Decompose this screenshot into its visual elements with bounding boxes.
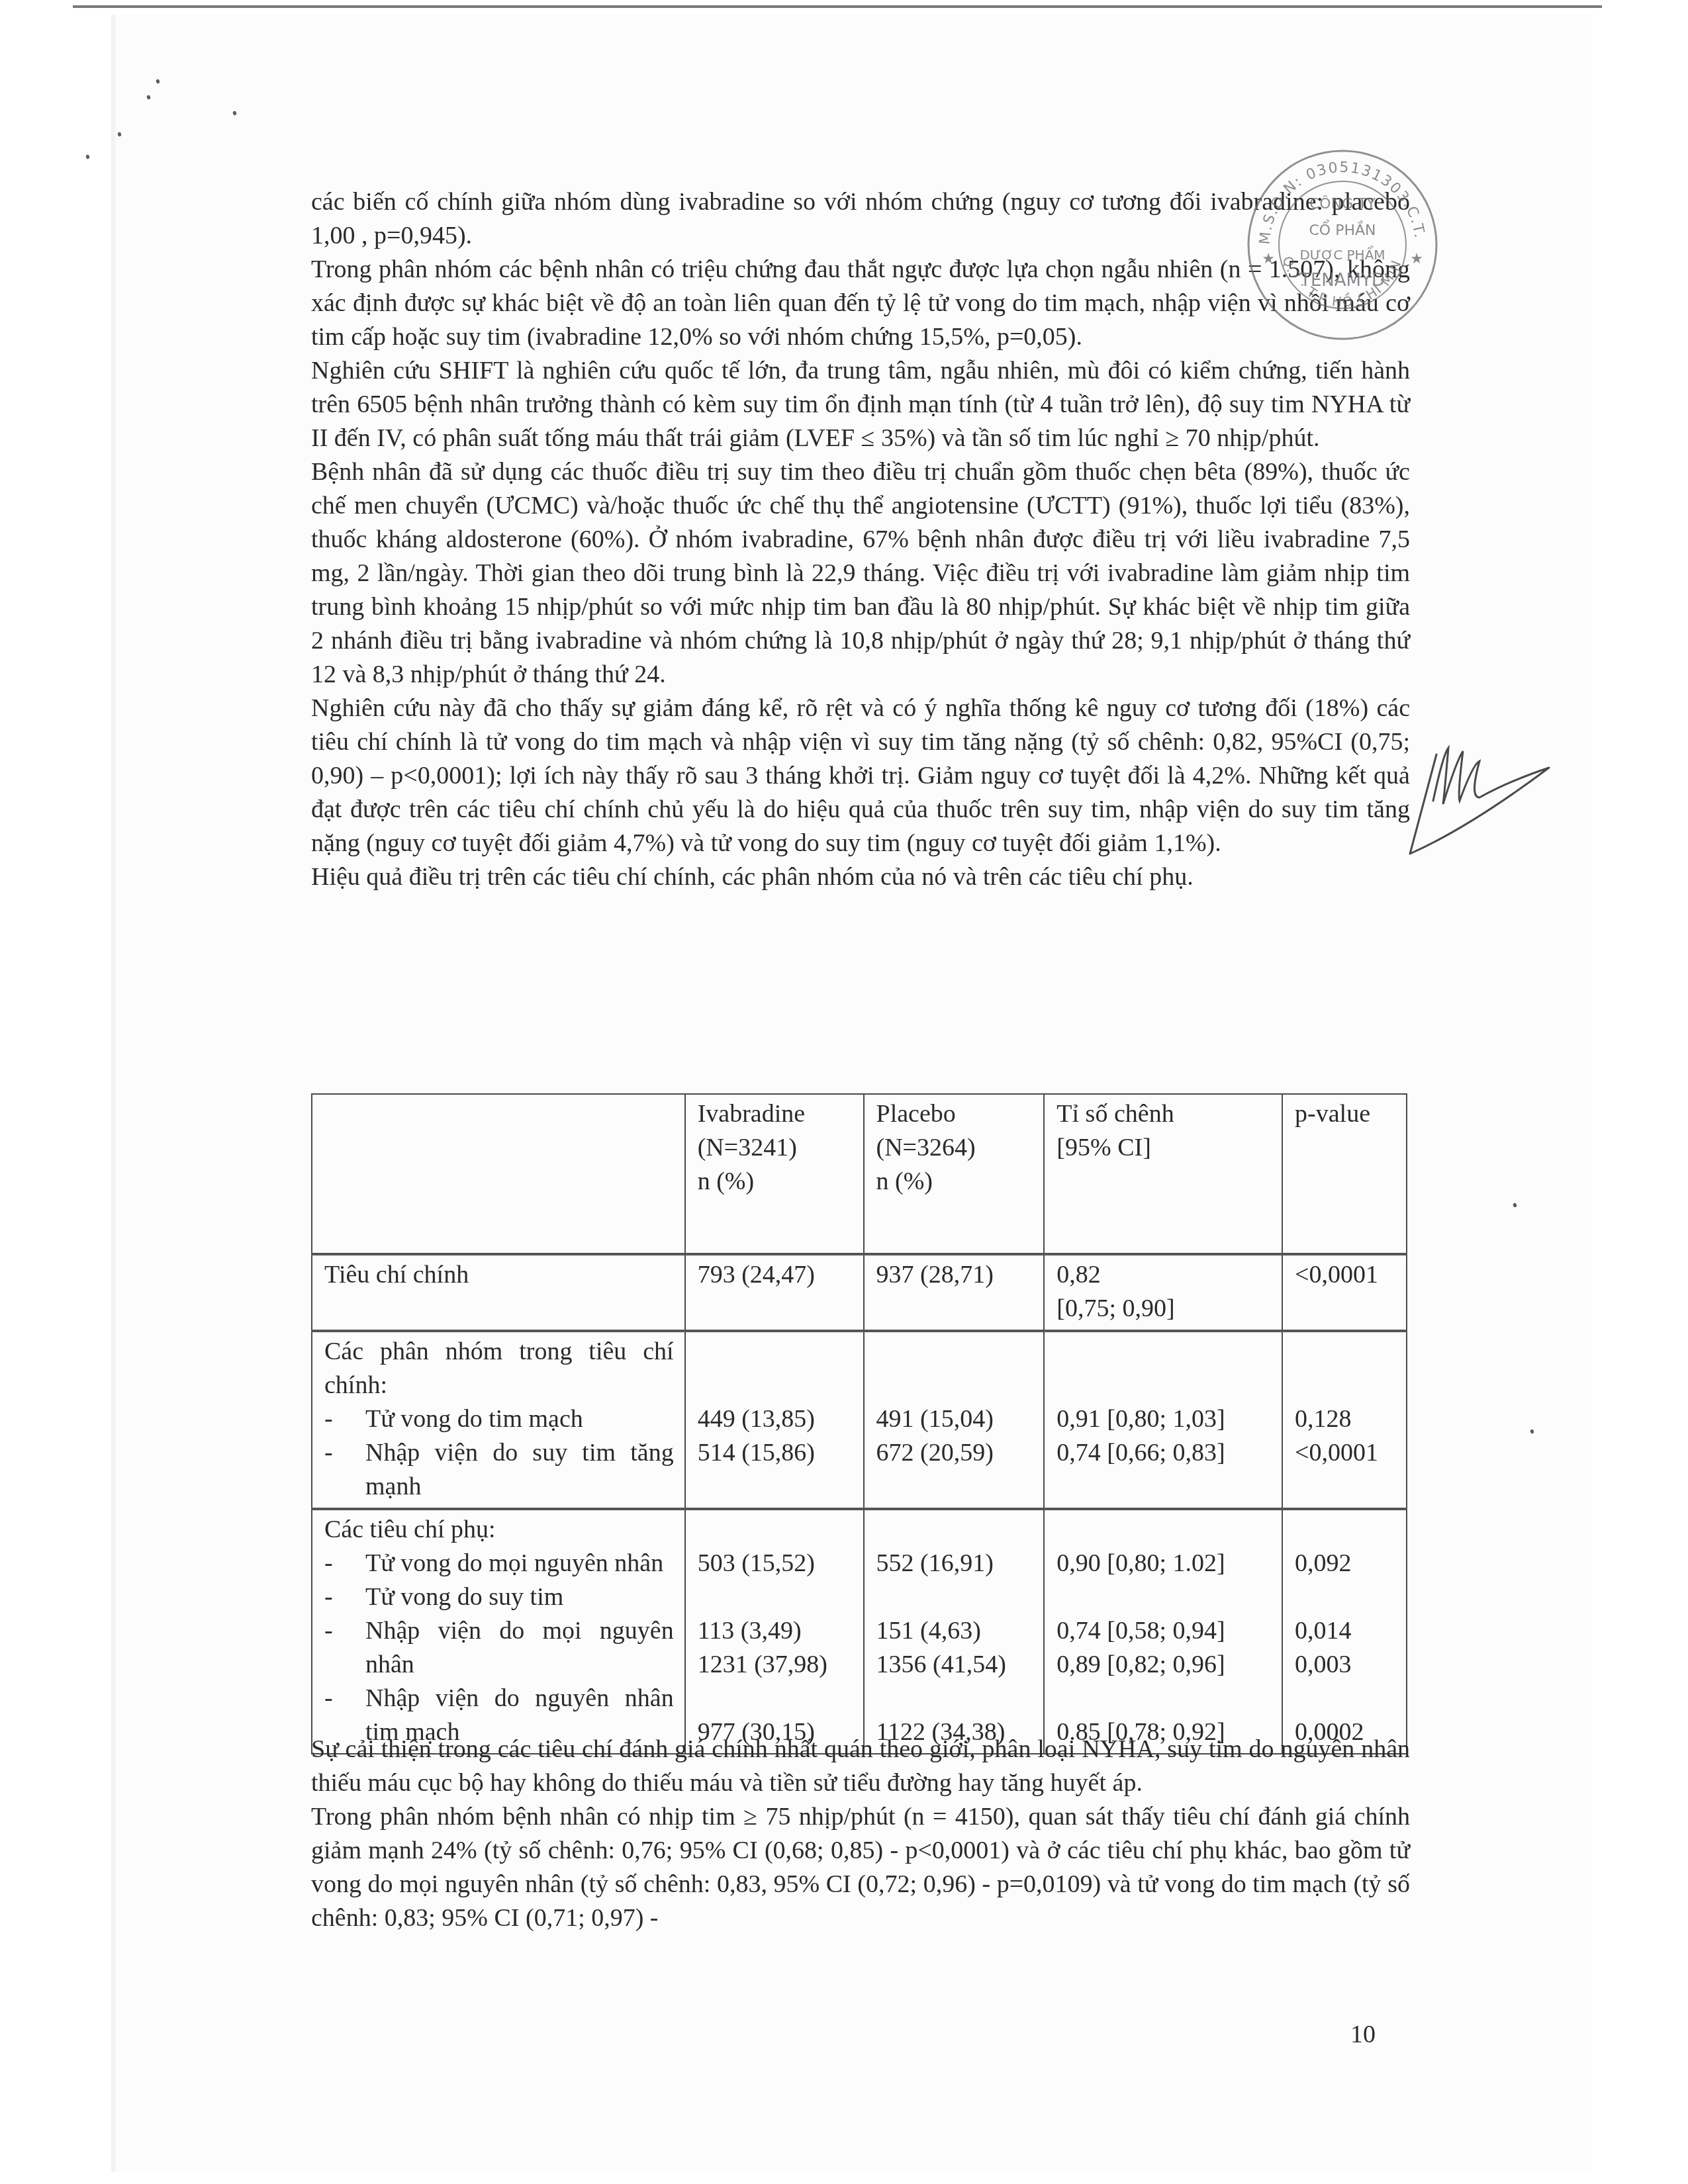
header-ivabradine: Ivabradine (N=3241) n (%) [685, 1094, 864, 1254]
paragraph: Nghiên cứu SHIFT là nghiên cứu quốc tế l… [311, 354, 1410, 455]
paragraph: Sự cải thiện trong các tiêu chí đánh giá… [311, 1733, 1410, 1800]
results-table: Ivabradine (N=3241) n (%) Placebo (N=326… [311, 1093, 1407, 1754]
scan-speck [85, 154, 90, 159]
list-item: - Tử vong do mọi nguyên nhân [324, 1547, 674, 1580]
subgroups-ratio: 0,91 [0,80; 1,03] 0,74 [0,66; 0,83] [1044, 1331, 1282, 1509]
paragraph: Trong phân nhóm các bệnh nhân có triệu c… [311, 253, 1410, 354]
table-row-primary: Tiêu chí chính 793 (24,47) 937 (28,71) 0… [312, 1254, 1407, 1331]
secondary-ratio: 0,90 [0,80; 1.02] 0,74 [0,58; 0,94] 0,89… [1044, 1509, 1282, 1754]
secondary-placebo: 552 (16,91) 151 (4,63) 1356 (41,54) 1122… [864, 1509, 1045, 1754]
paragraph: Nghiên cứu này đã cho thấy sự giảm đáng … [311, 692, 1410, 860]
paragraph: các biến cố chính giữa nhóm dùng ivabrad… [311, 185, 1410, 253]
header-empty-cell [312, 1094, 685, 1254]
paragraph: Trong phân nhóm bệnh nhân có nhịp tim ≥ … [311, 1800, 1410, 1935]
primary-ivabradine: 793 (24,47) [685, 1254, 864, 1331]
scan-top-edge [73, 5, 1602, 8]
secondary-ivabradine: 503 (15,52) 113 (3,49) 1231 (37,98) 977 … [685, 1509, 864, 1754]
table-header-row: Ivabradine (N=3241) n (%) Placebo (N=326… [312, 1094, 1407, 1254]
list-item: - Nhập viện do mọi nguyên nhân [324, 1614, 674, 1682]
secondary-label-cell: Các tiêu chí phụ: - Tử vong do mọi nguyê… [312, 1509, 685, 1754]
subgroups-label-cell: Các phân nhóm trong tiêu chí chính: - Tử… [312, 1331, 685, 1509]
secondary-pvalue: 0,092 0,014 0,003 0,0002 [1282, 1509, 1407, 1754]
list-item: - Nhập viện do suy tim tăng mạnh [324, 1436, 674, 1504]
subgroups-title: Các phân nhóm trong tiêu chí chính: [324, 1335, 674, 1402]
subgroups-placebo: 491 (15,04) 672 (20,59) [864, 1331, 1045, 1509]
primary-placebo: 937 (28,71) [864, 1254, 1045, 1331]
table-row-subgroups: Các phân nhóm trong tiêu chí chính: - Tử… [312, 1331, 1407, 1509]
list-item: - Tử vong do tim mạch [324, 1402, 674, 1436]
table-caption: Hiệu quả điều trị trên các tiêu chí chín… [311, 860, 1410, 894]
page-number: 10 [1350, 2020, 1376, 2049]
document-body-after-table: Sự cải thiện trong các tiêu chí đánh giá… [311, 1733, 1410, 1935]
primary-ratio: 0,82 [0,75; 0,90] [1044, 1254, 1282, 1331]
subgroups-ivabradine: 449 (13,85) 514 (15,86) [685, 1331, 864, 1509]
list-item: - Tử vong do suy tim [324, 1580, 674, 1614]
header-placebo: Placebo (N=3264) n (%) [864, 1094, 1045, 1254]
subgroups-pvalue: 0,128 <0,0001 [1282, 1331, 1407, 1509]
document-body: các biến cố chính giữa nhóm dùng ivabrad… [311, 185, 1410, 894]
primary-pvalue: <0,0001 [1282, 1254, 1407, 1331]
primary-label: Tiêu chí chính [312, 1254, 685, 1331]
header-pvalue: p-value [1282, 1094, 1407, 1254]
table-row-secondary: Các tiêu chí phụ: - Tử vong do mọi nguyê… [312, 1509, 1407, 1754]
secondary-title: Các tiêu chí phụ: [324, 1513, 674, 1547]
paragraph: Bệnh nhân đã sử dụng các thuốc điều trị … [311, 455, 1410, 692]
header-ratio: Tỉ số chênh [95% CI] [1044, 1094, 1282, 1254]
